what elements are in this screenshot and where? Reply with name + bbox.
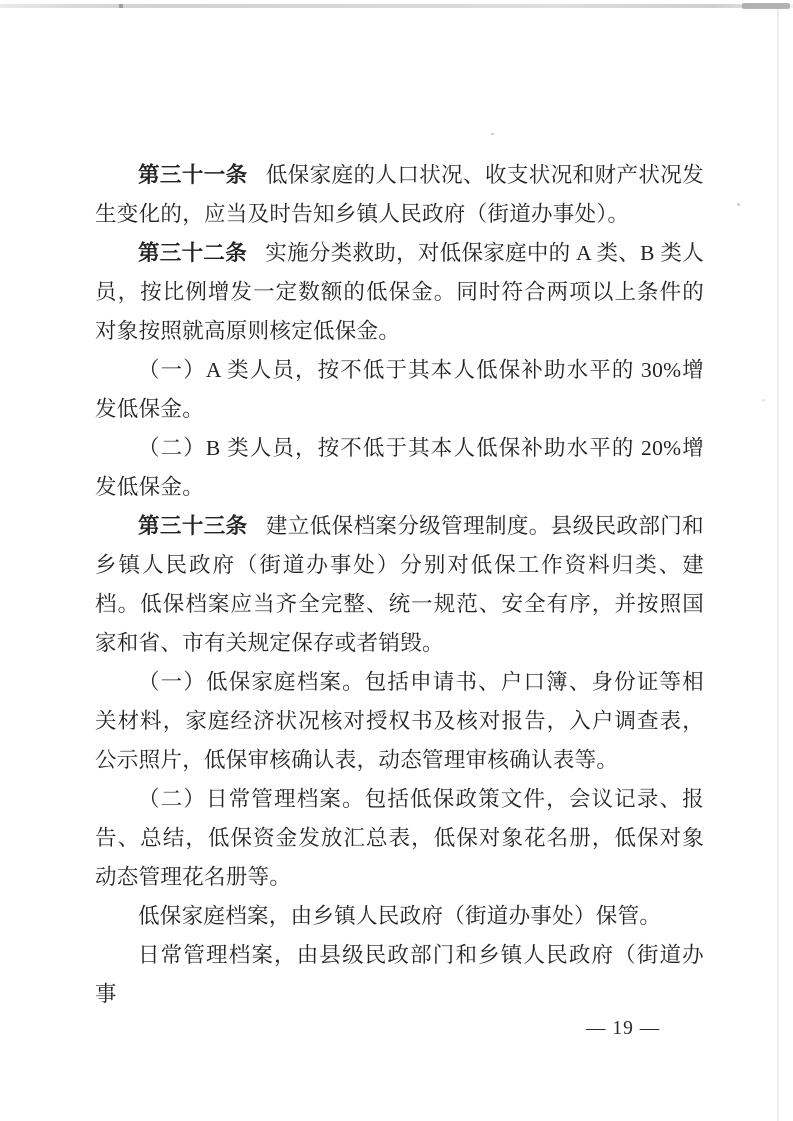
paragraph-text: 低保家庭档案，由乡镇人民政府（街道办事处）保管。 [138, 904, 661, 928]
paragraph-text: （二）日常管理档案。包括低保政策文件，会议记录、报告、总结，低保资金发放汇总表，… [95, 787, 704, 889]
scan-speck [491, 133, 494, 135]
article-number: 第三十一条 [138, 163, 248, 187]
paragraph: 第三十一条低保家庭的人口状况、收支状况和财产状况发生变化的，应当及时告知乡镇人民… [95, 156, 704, 234]
scan-artifact-top-right-band [742, 3, 790, 9]
scan-artifact-right-edge-line [777, 9, 779, 1121]
scan-artifact-tick [119, 4, 123, 8]
article-number: 第三十二条 [138, 241, 247, 265]
page-number: — 19 — [586, 1018, 676, 1040]
paragraph: 第三十三条建立低保档案分级管理制度。县级民政部门和乡镇人民政府（街道办事处）分别… [95, 507, 704, 663]
paragraph-text: （一）A 类人员，按不低于其本人低保补助水平的 30%增发低保金。 [95, 358, 704, 421]
paragraph: （二）日常管理档案。包括低保政策文件，会议记录、报告、总结，低保资金发放汇总表，… [95, 780, 704, 897]
paragraph-text: 日常管理档案，由县级民政部门和乡镇人民政府（街道办事 [95, 943, 704, 1006]
scan-speck [737, 203, 740, 206]
paragraph: （一）A 类人员，按不低于其本人低保补助水平的 30%增发低保金。 [95, 351, 704, 429]
document-body: 第三十一条低保家庭的人口状况、收支状况和财产状况发生变化的，应当及时告知乡镇人民… [95, 156, 704, 1014]
paragraph: 低保家庭档案，由乡镇人民政府（街道办事处）保管。 [95, 897, 704, 936]
paragraph-text: （一）低保家庭档案。包括申请书、户口簿、身份证等相关材料，家庭经济状况核对授权书… [95, 670, 704, 772]
paragraph: 日常管理档案，由县级民政部门和乡镇人民政府（街道办事 [95, 936, 704, 1014]
scan-speck [762, 399, 765, 401]
scanned-page: 第三十一条低保家庭的人口状况、收支状况和财产状况发生变化的，应当及时告知乡镇人民… [0, 0, 793, 1121]
article-number: 第三十三条 [138, 514, 248, 538]
paragraph-text: （二）B 类人员，按不低于其本人低保补助水平的 20%增发低保金。 [95, 436, 704, 499]
paragraph: 第三十二条实施分类救助，对低保家庭中的 A 类、B 类人员，按比例增发一定数额的… [95, 234, 704, 351]
paragraph: （二）B 类人员，按不低于其本人低保补助水平的 20%增发低保金。 [95, 429, 704, 507]
paragraph: （一）低保家庭档案。包括申请书、户口簿、身份证等相关材料，家庭经济状况核对授权书… [95, 663, 704, 780]
